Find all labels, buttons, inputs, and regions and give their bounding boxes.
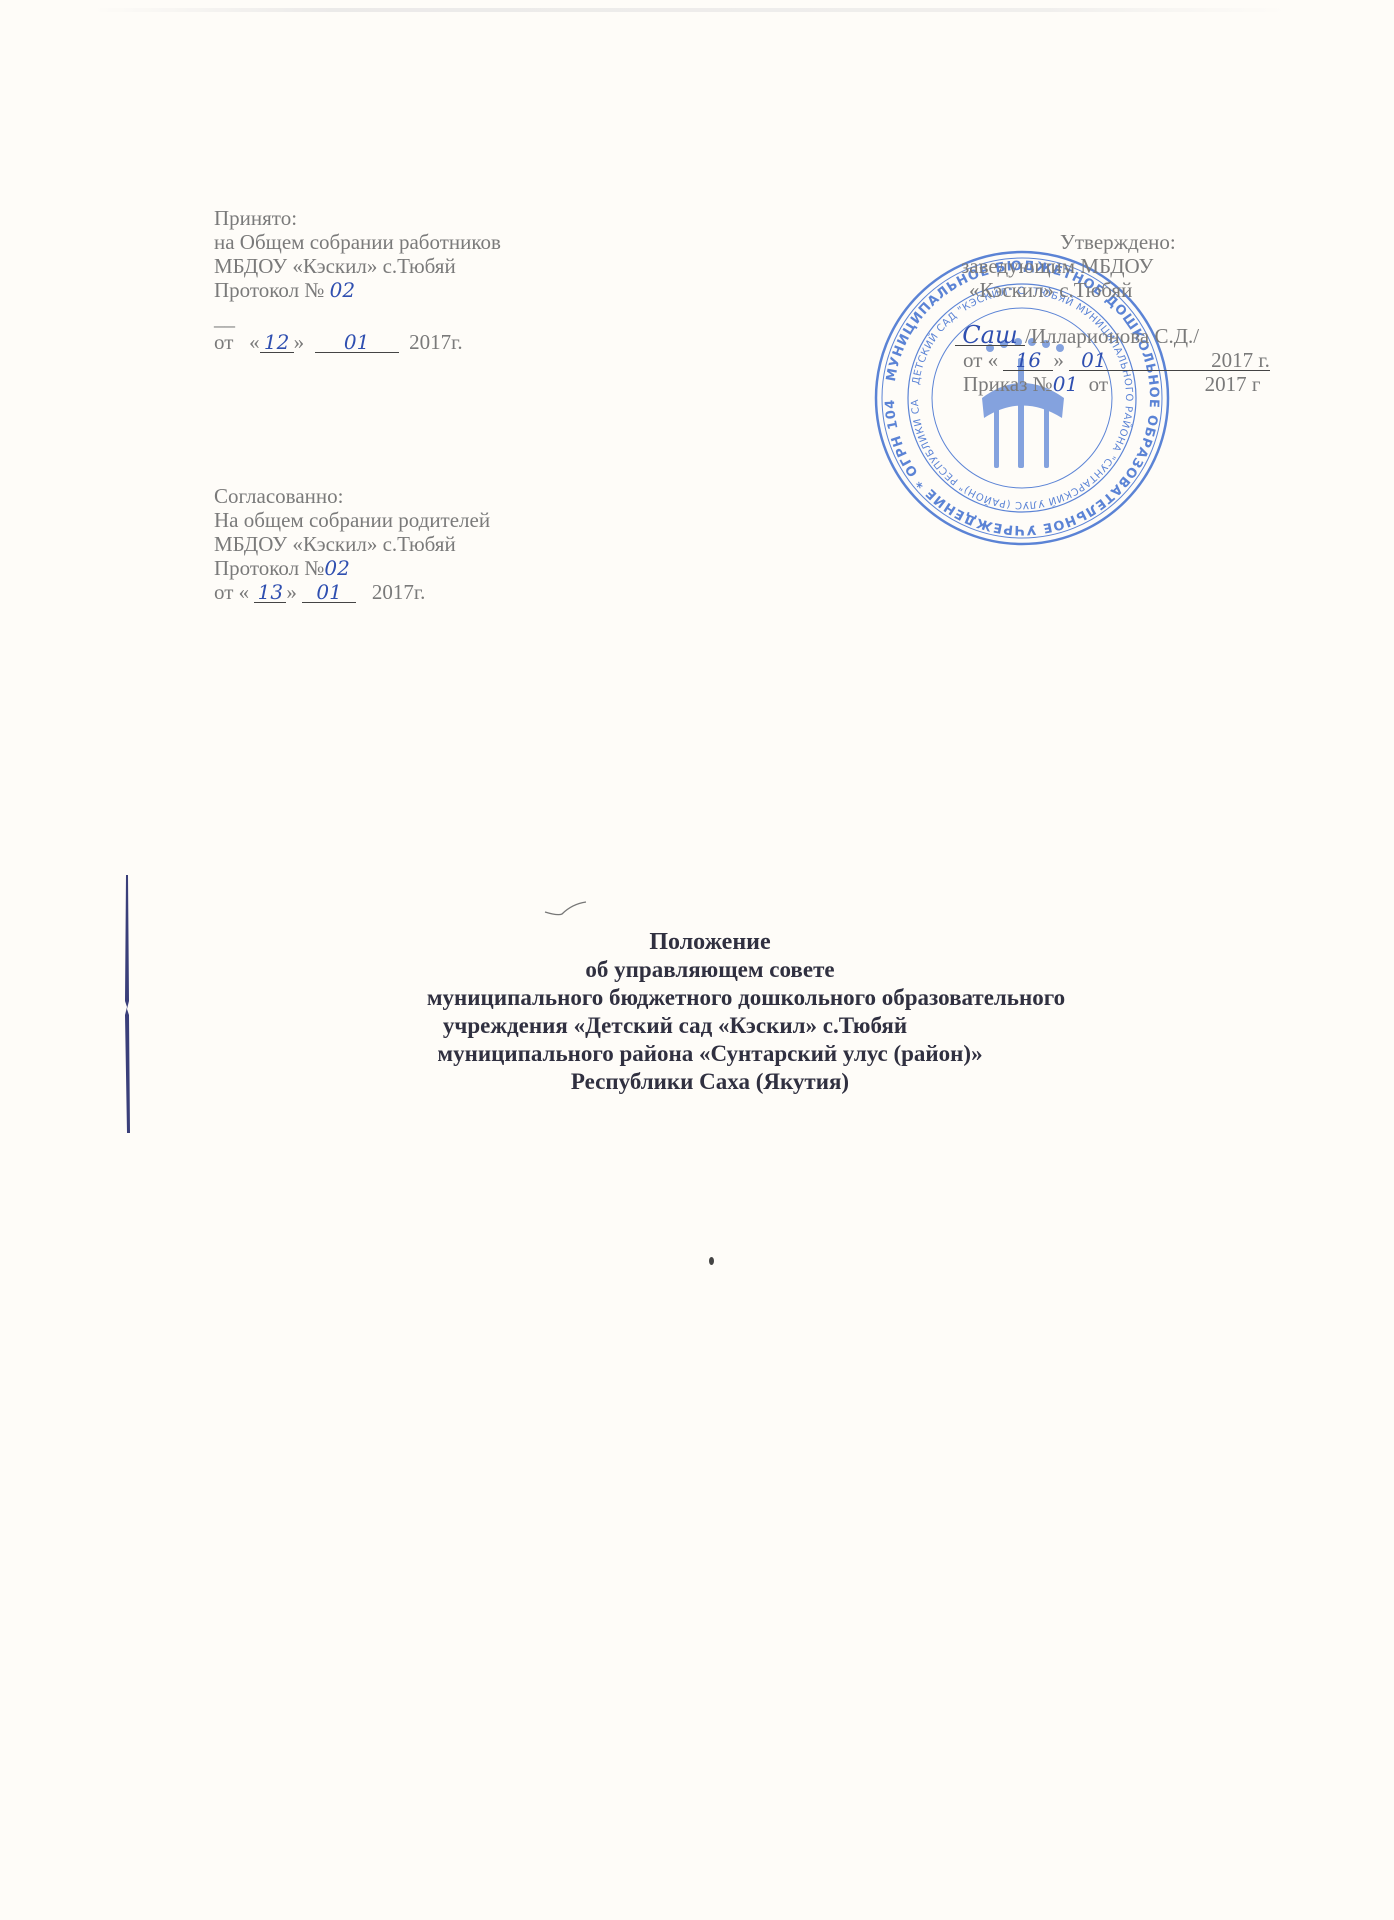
agreed-date-month: 01 (302, 582, 356, 603)
agreed-date-prefix: от « (214, 580, 249, 604)
agreed-protocol-label: Протокол № (214, 556, 324, 580)
title-line3: муниципального бюджетного дошкольного об… (250, 984, 1170, 1012)
title-line6: Республики Саха (Якутия) (250, 1068, 1170, 1096)
accepted-heading: Принято: (214, 206, 501, 230)
approved-order-label: Приказ № (963, 372, 1053, 396)
accepted-block: Принято: на Общем собрании работников МБ… (214, 206, 501, 354)
agreed-heading: Согласованно: (214, 484, 490, 508)
approved-order-year: 2017 г (1205, 372, 1261, 396)
agreed-line2: МБДОУ «Кэскил» с.Тюбяй (214, 532, 490, 556)
accepted-date-month: 01 (315, 332, 399, 353)
agreed-block: Согласованно: На общем собрании родителе… (214, 484, 490, 604)
approved-date-month: 01 (1069, 350, 1211, 371)
approved-signature: Саш (955, 325, 1025, 346)
approved-date-year: 2017 г. (1211, 350, 1270, 371)
agreed-date-year: 2017г. (372, 580, 426, 604)
agreed-line1: На общем собрании родителей (214, 508, 490, 532)
approved-signer: /Илларионова С.Д./ (1025, 324, 1199, 348)
ink-dot (709, 1257, 714, 1265)
approved-block: Утверждено: заведующим МБДОУ «Кэскил» с.… (955, 230, 1270, 396)
accepted-date-year: 2017г. (409, 330, 463, 354)
pen-mark (123, 873, 131, 1135)
approved-line2: «Кэскил» с.Тюбяй (955, 278, 1270, 302)
agreed-date-day: 13 (254, 582, 286, 603)
accepted-dash: __ (214, 306, 501, 330)
accepted-date-day: 12 (260, 332, 294, 353)
accepted-line1: на Общем собрании работников (214, 230, 501, 254)
title-line5: муниципального района «Сунтарский улус (… (250, 1040, 1170, 1068)
approved-order-from: от (1089, 372, 1108, 396)
approved-date-prefix: от « (963, 348, 998, 372)
approved-line1: заведующим МБДОУ (955, 254, 1270, 278)
accepted-line2: МБДОУ «Кэскил» с.Тюбяй (214, 254, 501, 278)
accepted-date-prefix: от (214, 330, 233, 354)
title-line4: учреждения «Детский сад «Кэскил» с.Тюбяй (250, 1012, 1170, 1040)
agreed-protocol-number: 02 (324, 556, 349, 580)
accepted-protocol-label: Протокол № (214, 278, 324, 302)
document-title: Положение об управляющем совете муниципа… (250, 928, 1170, 1096)
approved-date-day: 16 (1003, 350, 1053, 371)
accepted-protocol-number: 02 (330, 278, 355, 302)
pen-squiggle (540, 900, 600, 925)
scan-edge-artifact (90, 8, 1290, 12)
title-line1: Положение (250, 928, 1170, 956)
approved-order-number: 01 (1053, 372, 1078, 396)
title-line2: об управляющем совете (250, 956, 1170, 984)
approved-heading: Утверждено: (955, 230, 1270, 254)
